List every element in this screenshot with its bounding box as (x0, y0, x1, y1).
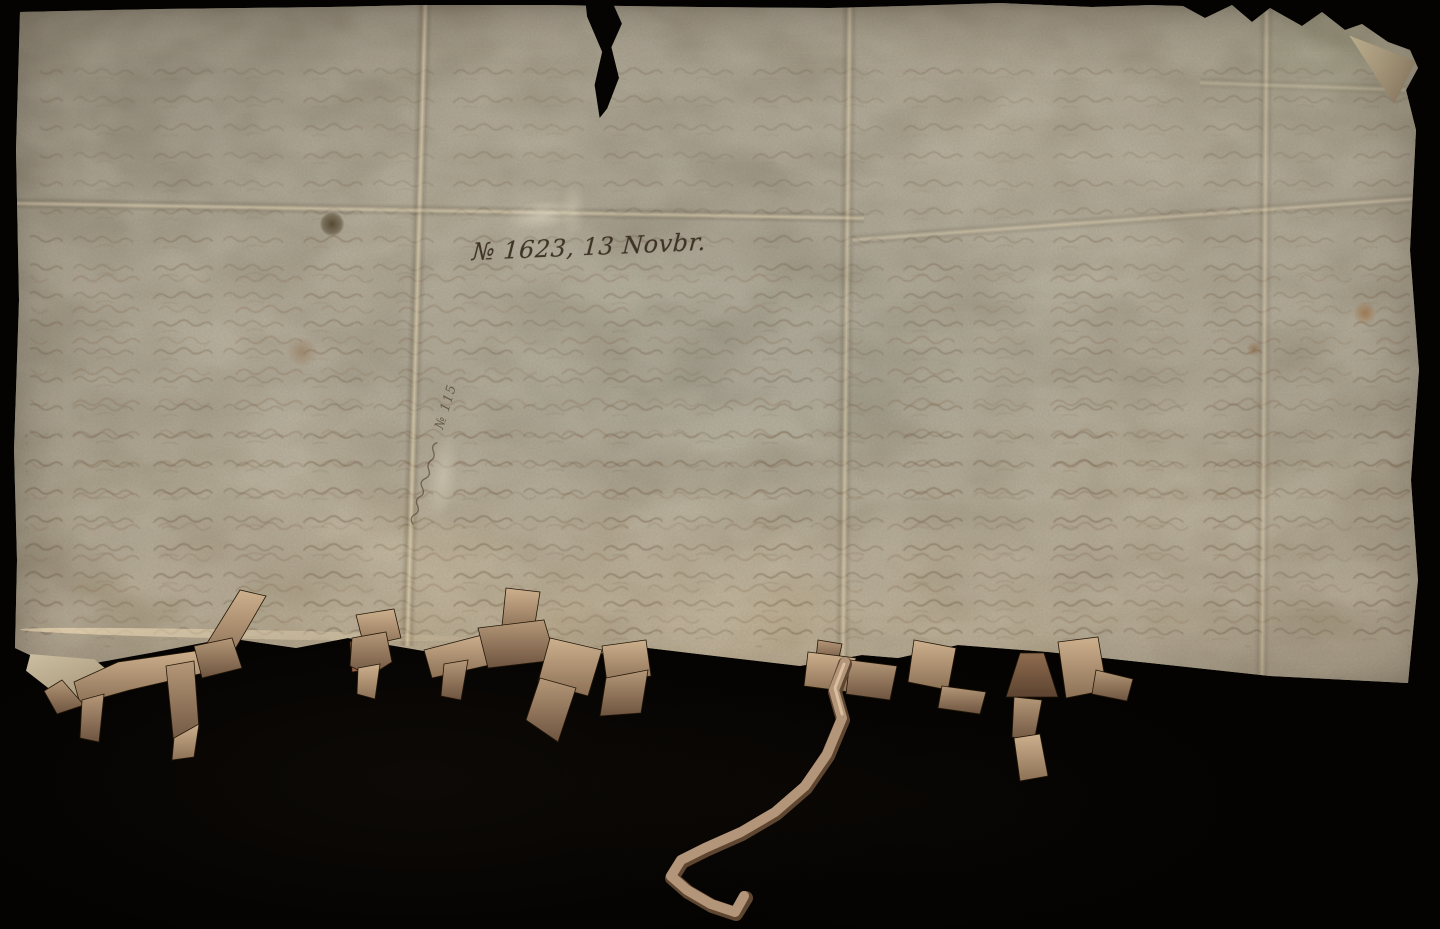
seal-tag-long-ribbon (671, 640, 897, 914)
seal-tag-cluster-right (908, 637, 1133, 781)
parchment-sheet: № 1623, 13 Novbr. № 115 (0, 0, 1440, 700)
photo-background: № 1623, 13 Novbr. № 115 (0, 0, 1440, 929)
parchment-texture (0, 0, 1440, 700)
